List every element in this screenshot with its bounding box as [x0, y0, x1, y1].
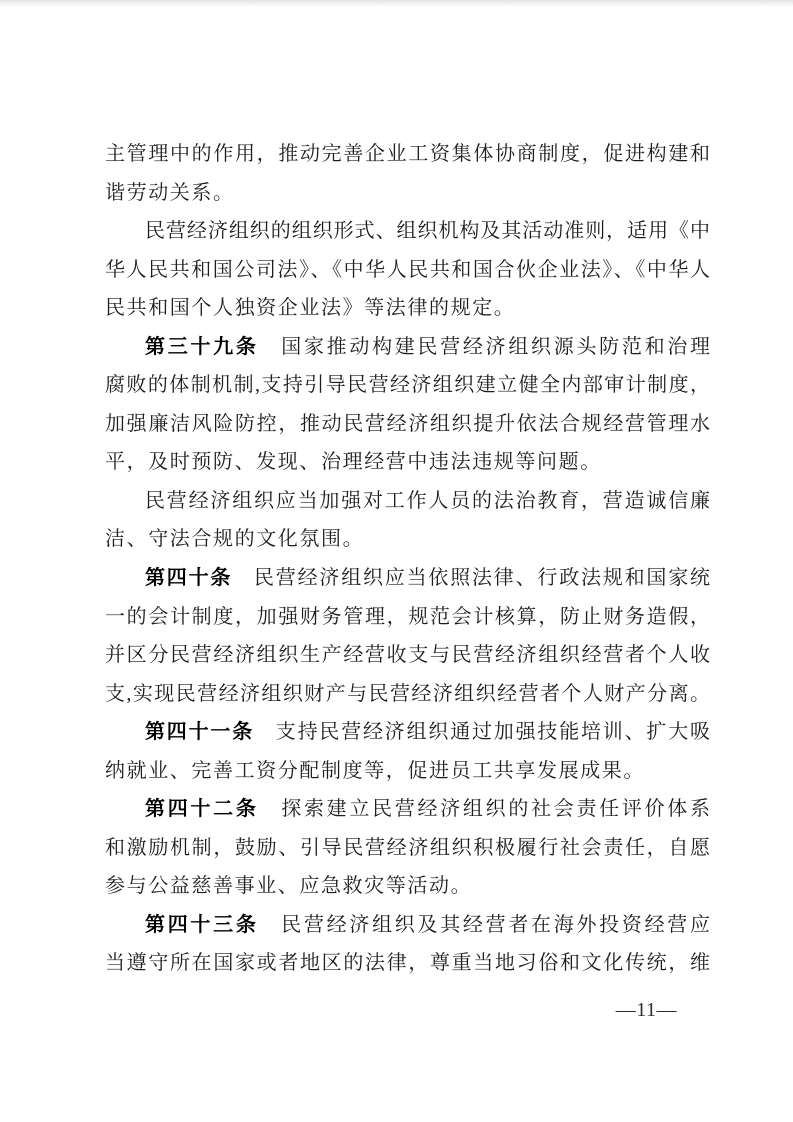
body-text: 主管理中的作用，推动完善企业工资集体协商制度，促进构建和 [105, 143, 710, 165]
body-text: 一的会计制度，加强财务管理，规范会计核算，防止财务造假， [105, 606, 710, 628]
page-number: —11— [616, 998, 677, 1022]
body-text: 民营经济组织应当加强对工作人员的法治教育，营造诚信廉 [145, 490, 710, 512]
article-number: 第四十一条 [145, 721, 254, 743]
text-line: 参与公益慈善事业、应急救灾等活动。 [105, 867, 710, 906]
body-text: 谐劳动关系。 [105, 182, 235, 204]
text-line: 第四十条 民营经济组织应当依照法律、行政法规和国家统 [105, 559, 710, 598]
body-text: 支,实现民营经济组织财产与民营经济组织经营者个人财产分离。 [105, 683, 710, 705]
text-line: 洁、守法合规的文化氛围。 [105, 520, 710, 559]
article-number: 第三十九条 [145, 336, 259, 358]
document-body: 主管理中的作用，推动完善企业工资集体协商制度，促进构建和谐劳动关系。民营经济组织… [105, 135, 710, 983]
text-line: 纳就业、完善工资分配制度等，促进员工共享发展成果。 [105, 752, 710, 791]
body-text: 当遵守所在国家或者地区的法律，尊重当地习俗和文化传统，维 [105, 952, 710, 974]
text-line: 谐劳动关系。 [105, 174, 710, 213]
text-line: 一的会计制度，加强财务管理，规范会计核算，防止财务造假， [105, 598, 710, 637]
body-text: 民营经济组织应当依照法律、行政法规和国家统 [232, 567, 710, 589]
body-text: 民营经济组织的组织形式、组织机构及其活动准则，适用《中 [145, 220, 710, 242]
body-text: 纳就业、完善工资分配制度等，促进员工共享发展成果。 [105, 760, 645, 782]
text-line: 腐败的体制机制,支持引导民营经济组织建立健全内部审计制度， [105, 366, 710, 405]
body-text: 国家推动构建民营经济组织源头防范和治理 [259, 336, 710, 358]
article-number: 第四十三条 [145, 914, 259, 936]
article-number: 第四十条 [145, 567, 232, 589]
body-text: 民营经济组织及其经营者在海外投资经营应 [259, 914, 710, 936]
body-text: 支持民营经济组织通过加强技能培训、扩大吸 [254, 721, 710, 743]
text-line: 民共和国个人独资企业法》等法律的规定。 [105, 289, 710, 328]
body-text: 华人民共和国公司法》、《中华人民共和国合伙企业法》、《中华人 [105, 259, 710, 281]
text-line: 第三十九条 国家推动构建民营经济组织源头防范和治理 [105, 328, 710, 367]
body-text: 腐败的体制机制,支持引导民营经济组织建立健全内部审计制度， [105, 374, 710, 396]
text-line: 第四十一条 支持民营经济组织通过加强技能培训、扩大吸 [105, 713, 710, 752]
body-text: 和激励机制，鼓励、引导民营经济组织积极履行社会责任，自愿 [105, 837, 710, 859]
body-text: 民共和国个人独资企业法》等法律的规定。 [105, 297, 515, 319]
text-line: 第四十二条 探索建立民营经济组织的社会责任评价体系 [105, 790, 710, 829]
text-line: 民营经济组织应当加强对工作人员的法治教育，营造诚信廉 [105, 482, 710, 521]
text-line: 和激励机制，鼓励、引导民营经济组织积极履行社会责任，自愿 [105, 829, 710, 868]
text-line: 并区分民营经济组织生产经营收支与民营经济组织经营者个人收 [105, 636, 710, 675]
article-number: 第四十二条 [145, 798, 259, 820]
document-page: 主管理中的作用，推动完善企业工资集体协商制度，促进构建和谐劳动关系。民营经济组织… [0, 0, 793, 1122]
body-text: 洁、守法合规的文化氛围。 [105, 528, 364, 550]
text-line: 第四十三条 民营经济组织及其经营者在海外投资经营应 [105, 906, 710, 945]
text-line: 主管理中的作用，推动完善企业工资集体协商制度，促进构建和 [105, 135, 710, 174]
text-line: 平，及时预防、发现、治理经营中违法违规等问题。 [105, 443, 710, 482]
text-line: 华人民共和国公司法》、《中华人民共和国合伙企业法》、《中华人 [105, 251, 710, 290]
text-line: 当遵守所在国家或者地区的法律，尊重当地习俗和文化传统，维 [105, 944, 710, 983]
scan-edge-shadow [0, 0, 793, 7]
body-text: 加强廉洁风险防控，推动民营经济组织提升依法合规经营管理水 [105, 413, 710, 435]
text-line: 加强廉洁风险防控，推动民营经济组织提升依法合规经营管理水 [105, 405, 710, 444]
body-text: 探索建立民营经济组织的社会责任评价体系 [259, 798, 710, 820]
body-text: 平，及时预防、发现、治理经营中违法违规等问题。 [105, 451, 602, 473]
text-line: 支,实现民营经济组织财产与民营经济组织经营者个人财产分离。 [105, 675, 710, 714]
text-line: 民营经济组织的组织形式、组织机构及其活动准则，适用《中 [105, 212, 710, 251]
body-text: 参与公益慈善事业、应急救灾等活动。 [105, 875, 472, 897]
body-text: 并区分民营经济组织生产经营收支与民营经济组织经营者个人收 [105, 644, 710, 666]
